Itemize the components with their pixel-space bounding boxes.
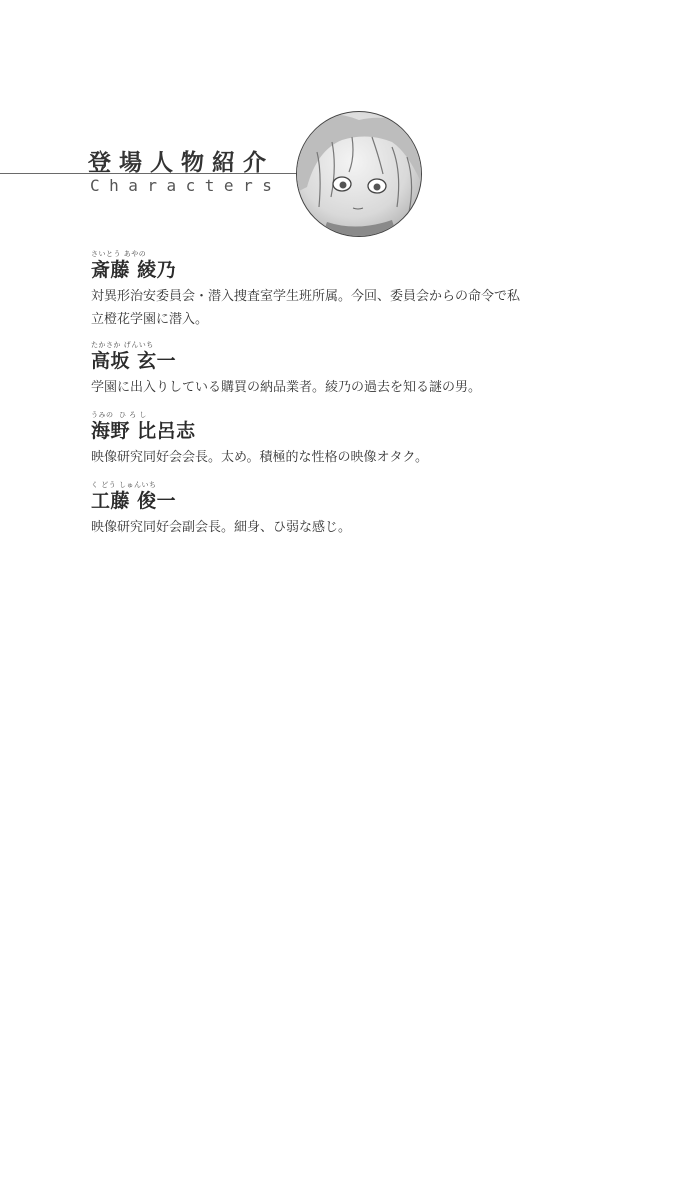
name-reading: く どう しゅんいち: [91, 481, 351, 490]
name-reading: さいとう あやの: [91, 250, 520, 259]
description-line: 映像研究同好会会長。太め。積極的な性格の映像オタク。: [91, 446, 428, 469]
character-entry-kudo-shunichi: く どう しゅんいち 工藤 俊一 映像研究同好会副会長。細身、ひ弱な感じ。: [91, 481, 351, 539]
page-subtitle: Characters: [90, 176, 281, 195]
character-portrait: [296, 111, 422, 237]
header-divider: [0, 173, 300, 174]
description-line: 映像研究同好会副会長。細身、ひ弱な感じ。: [91, 516, 351, 539]
character-description: 映像研究同好会副会長。細身、ひ弱な感じ。: [91, 516, 351, 539]
description-line: 学園に出入りしている購買の納品業者。綾乃の過去を知る謎の男。: [91, 376, 481, 399]
name-reading: たかさか げんいち: [91, 341, 481, 350]
description-line: 対異形治安委員会・潜入捜査室学生班所属。今回、委員会からの命令で私: [91, 285, 520, 308]
description-line: 立橙花学園に潜入。: [91, 308, 520, 331]
character-entry-umino-hiroshi: うみの ひ ろ し 海野 比呂志 映像研究同好会会長。太め。積極的な性格の映像オ…: [91, 411, 428, 469]
character-description: 対異形治安委員会・潜入捜査室学生班所属。今回、委員会からの命令で私 立橙花学園に…: [91, 285, 520, 331]
character-name: 工藤 俊一: [91, 490, 351, 512]
name-reading: うみの ひ ろ し: [91, 411, 428, 420]
portrait-illustration-icon: [297, 112, 421, 236]
character-description: 映像研究同好会会長。太め。積極的な性格の映像オタク。: [91, 446, 428, 469]
character-description: 学園に出入りしている購買の納品業者。綾乃の過去を知る謎の男。: [91, 376, 481, 399]
character-name: 斎藤 綾乃: [91, 259, 520, 281]
character-entry-saito-ayano: さいとう あやの 斎藤 綾乃 対異形治安委員会・潜入捜査室学生班所属。今回、委員…: [91, 250, 520, 331]
character-name: 高坂 玄一: [91, 350, 481, 372]
character-name: 海野 比呂志: [91, 420, 428, 442]
character-entry-takasaka-genichi: たかさか げんいち 高坂 玄一 学園に出入りしている購買の納品業者。綾乃の過去を…: [91, 341, 481, 399]
